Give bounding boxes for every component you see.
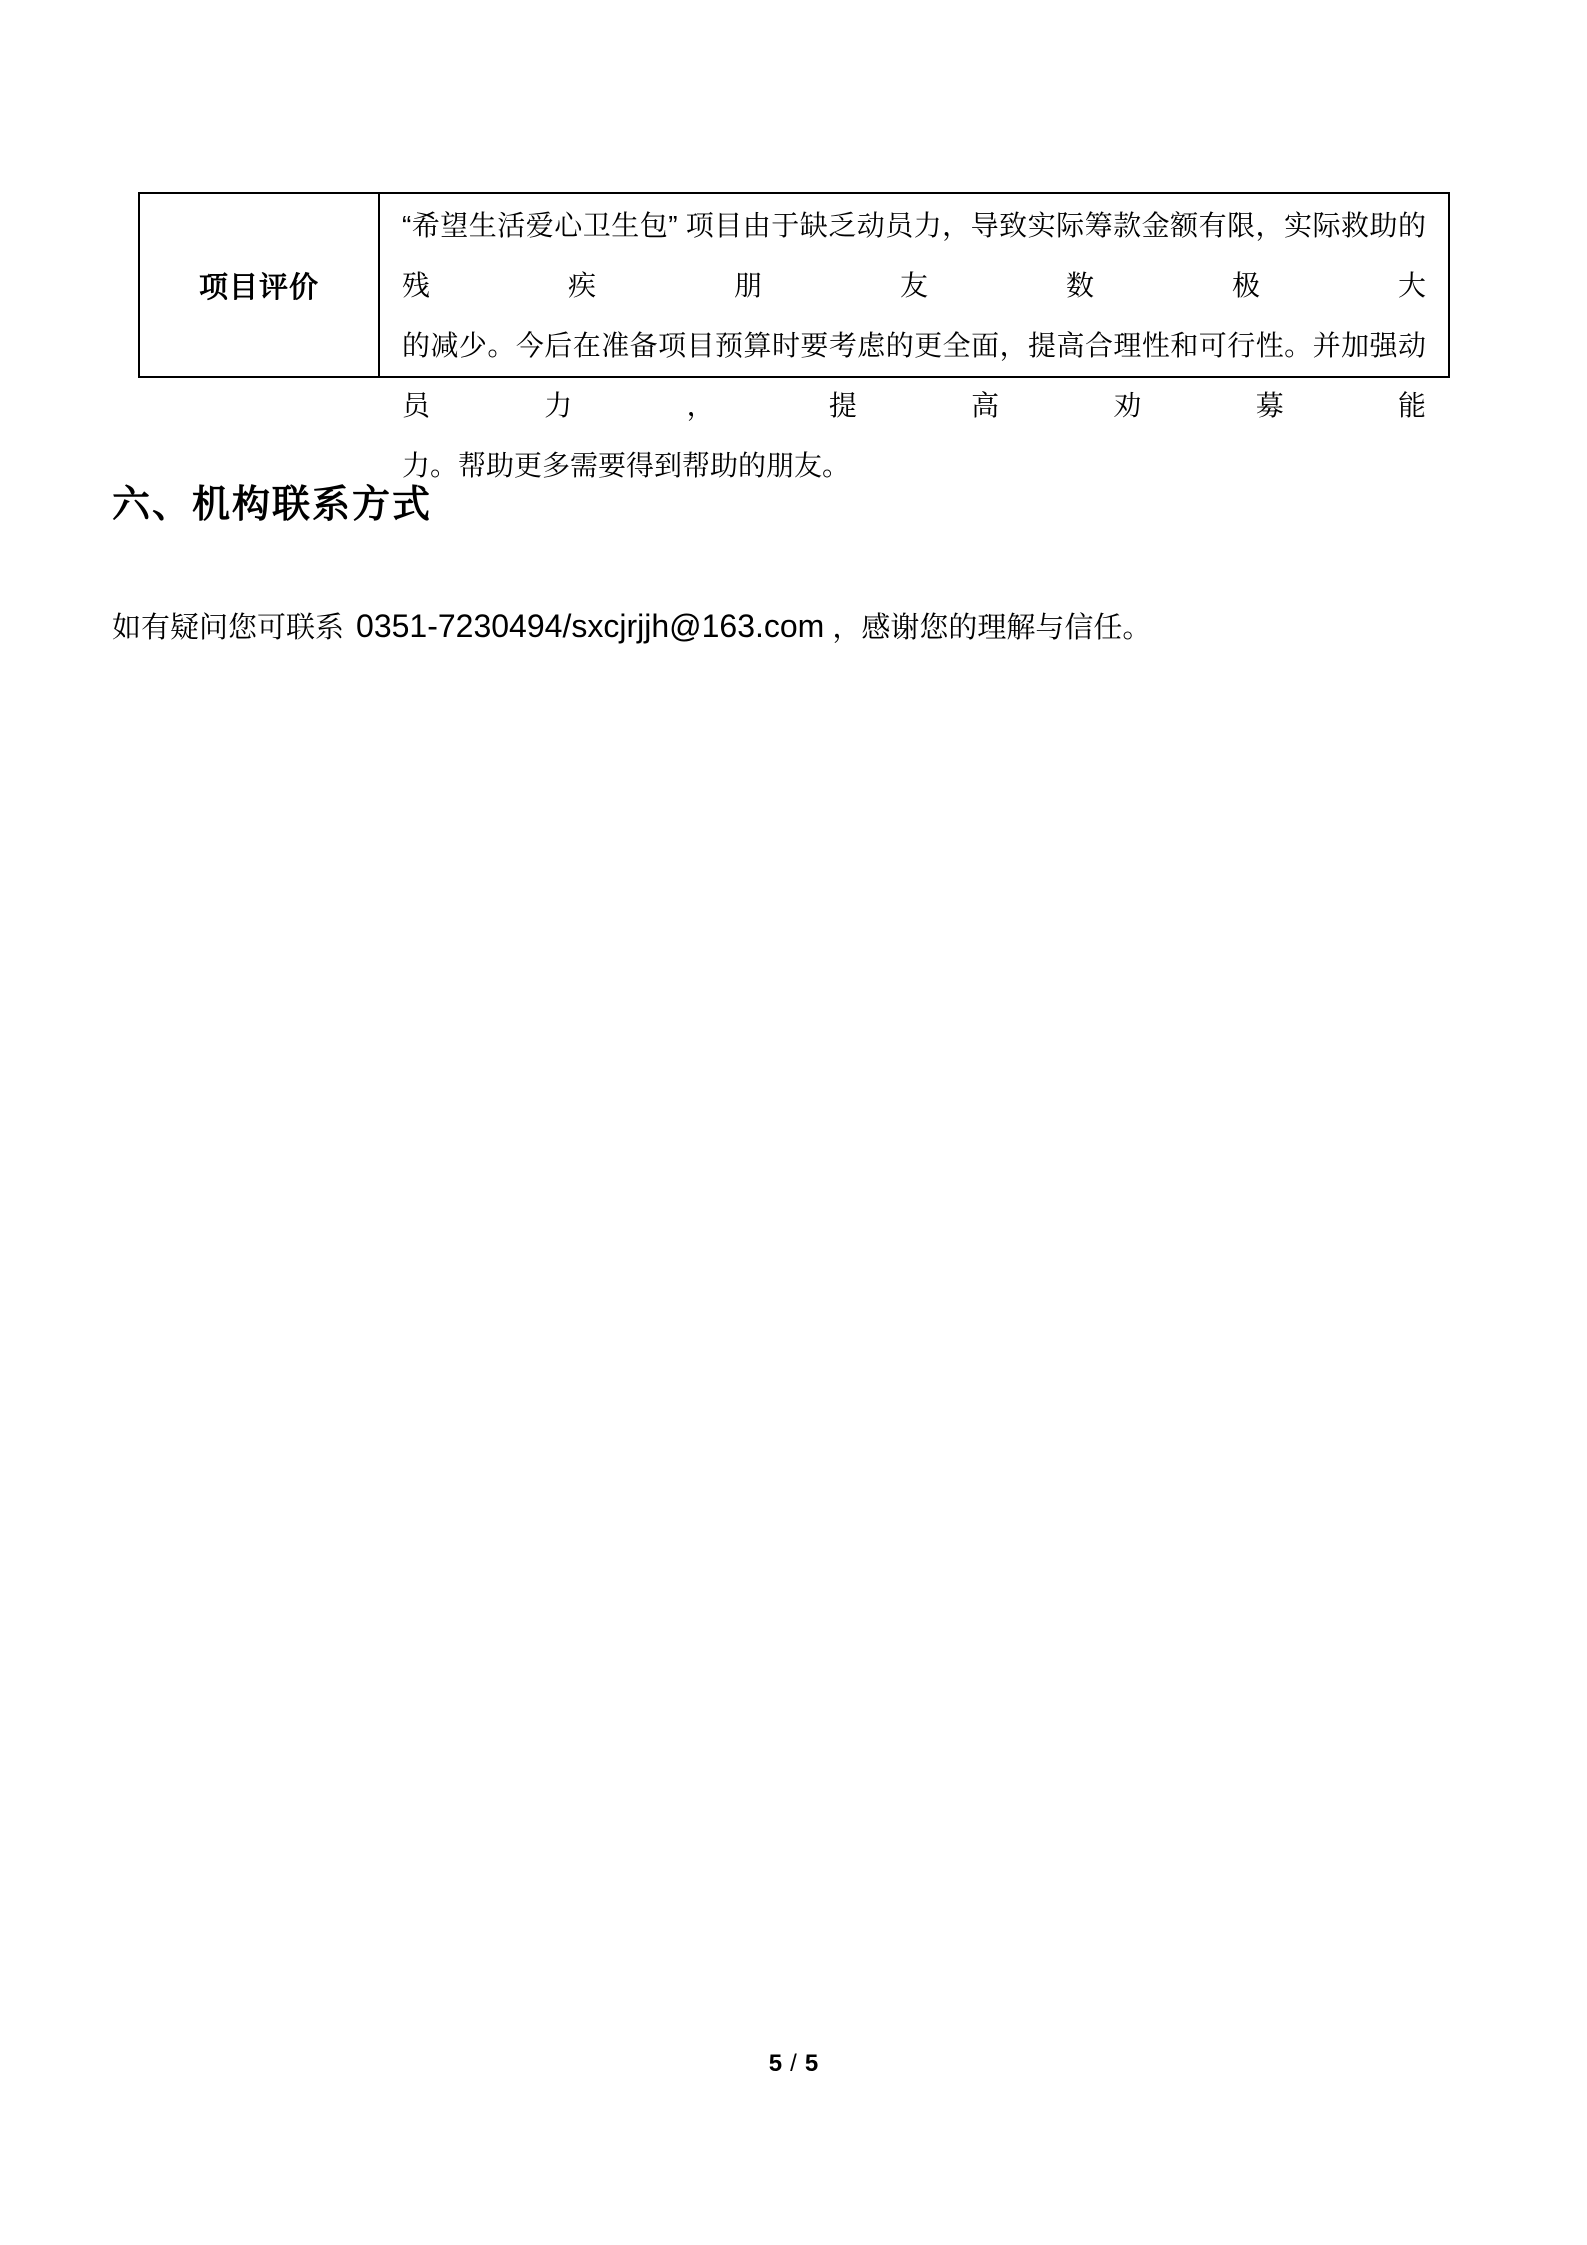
contact-phone-email: 0351-7230494/sxcjrjjh@163.com — [356, 608, 824, 644]
page-number: 5/5 — [0, 2050, 1587, 2078]
page-number-total: 5 — [805, 2050, 818, 2077]
contact-paragraph: 如有疑问您可联系0351-7230494/sxcjrjjh@163.com，感谢… — [112, 604, 1151, 650]
table-label-cell: 项目评价 — [140, 194, 380, 376]
page-number-current: 5 — [769, 2050, 782, 2077]
section-heading-contact-info: 六、机构联系方式 — [112, 482, 432, 528]
contact-suffix: ，感谢您的理解与信任。 — [832, 612, 1151, 644]
contact-prefix: 如有疑问您可联系 — [112, 612, 344, 644]
table-content-line: “希望生活爱心卫生包” 项目由于缺乏动员力，导致实际筹款金额有限，实际救助的残疾… — [402, 196, 1426, 316]
project-evaluation-table: 项目评价 “希望生活爱心卫生包” 项目由于缺乏动员力，导致实际筹款金额有限，实际… — [138, 192, 1450, 378]
document-page: 项目评价 “希望生活爱心卫生包” 项目由于缺乏动员力，导致实际筹款金额有限，实际… — [0, 0, 1587, 2245]
table-content-cell: “希望生活爱心卫生包” 项目由于缺乏动员力，导致实际筹款金额有限，实际救助的残疾… — [380, 194, 1448, 376]
table-content-line: 力。帮助更多需要得到帮助的朋友。 — [402, 436, 1426, 496]
page-number-separator: / — [790, 2050, 797, 2077]
table-content-line: 的减少。今后在准备项目预算时要考虑的更全面，提高合理性和可行性。并加强动员力，提… — [402, 316, 1426, 436]
